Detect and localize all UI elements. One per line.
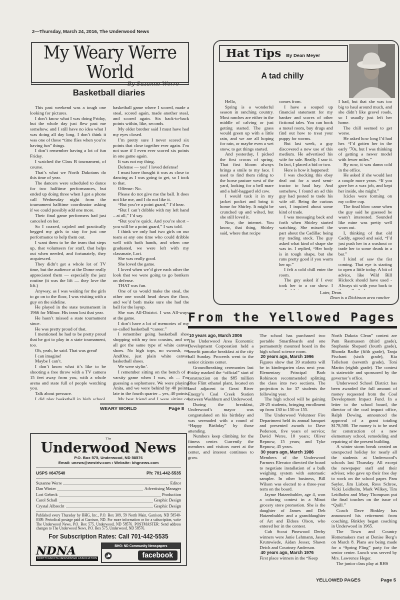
cowboy-hat-portrait bbox=[349, 44, 395, 98]
masthead-box: The Underwood News P.O. Box 575, Underwo… bbox=[30, 433, 187, 566]
weary-title-box: My Weary Werre World By Suzanne Werre bbox=[31, 42, 189, 85]
hat-tips-attribution: Dean is a Dickinson area rancher bbox=[315, 295, 390, 300]
yellowed-jump-label: YELLOWED PAGES bbox=[316, 578, 361, 584]
hat-tips-signature: Later, Dean. Dean is a Dickinson area ra… bbox=[315, 290, 390, 300]
yellowed-column-2: The school has purchased two portable Sm… bbox=[260, 333, 326, 572]
masthead-logos-row: NDNA NORTH DAKOTA NEWSPAPER ASSOCIATION … bbox=[36, 543, 181, 564]
yellowed-pages-banner: From the Yellowed Pages bbox=[188, 310, 397, 329]
hat-tips-headline: A tad chilly bbox=[220, 72, 345, 81]
page-header: 2—Thursday, March 24, 2016, The Underwoo… bbox=[32, 29, 149, 35]
yellowed-pages-columns: 10 years ago, March 2006The Underwood Ar… bbox=[188, 333, 397, 572]
weary-jumpline: WEARY WORLD Page 8 bbox=[100, 403, 184, 412]
hat-tips-column-1: Hello,Spring is a wonderful season in ra… bbox=[220, 99, 274, 290]
weary-headline: Basketball diaries bbox=[30, 88, 188, 98]
weary-title: My Weary Werre World bbox=[32, 43, 188, 82]
masthead-staff-list: Suzanne WerreEditor Dan WinterAdvertisin… bbox=[36, 478, 181, 509]
dotted-leader bbox=[59, 502, 153, 503]
facebook-logo: facebook bbox=[138, 551, 178, 561]
hat-tips-column-3: I had, but that she was too big to haul … bbox=[338, 99, 392, 290]
dotted-leader bbox=[59, 496, 161, 497]
weary-column-1: This past weekend was a tough one lookin… bbox=[30, 105, 106, 400]
ndna-wordmark: NDNA bbox=[36, 545, 98, 557]
yellowed-column-1: 10 years ago, March 2006The Underwood Ar… bbox=[188, 333, 254, 572]
dotted-leader bbox=[63, 485, 168, 486]
masthead-contact: Email: unews@westriv.com • Website: bhgn… bbox=[36, 461, 181, 466]
masthead-usps-phone-row: USPS #647540 Ph: 701-442-5535 bbox=[36, 468, 181, 476]
yellowed-jumpline: YELLOWED PAGES Page 5 bbox=[316, 578, 396, 584]
weary-jump-page: Page 8 bbox=[169, 406, 184, 412]
hat-tips-title: Hat Tips bbox=[226, 46, 281, 61]
yellowed-pages-section: From the Yellowed Pages 10 years ago, Ma… bbox=[188, 310, 397, 583]
weary-column-2: basketball game where I scored, made a s… bbox=[113, 105, 189, 400]
masthead-title: Underwood News bbox=[36, 441, 181, 456]
masthead-fine-print: Published every Thursday by BHG, Inc., P… bbox=[36, 512, 181, 532]
yellowed-jump-page: Page 5 bbox=[381, 578, 396, 584]
staff-row: Crystal AlbrechtGraphic Design bbox=[36, 503, 181, 509]
newspaper-page: 2—Thursday, March 24, 2016, The Underwoo… bbox=[0, 0, 400, 600]
ndna-logo: NDNA NORTH DAKOTA NEWSPAPER ASSOCIATION bbox=[36, 545, 98, 561]
hat-tips-box: Hat Tips By Dean Meyer A tad chilly Hell… bbox=[213, 40, 399, 305]
hat-tips-column-2: comes from.I have a souped up financial … bbox=[279, 99, 333, 290]
dotted-leader bbox=[57, 490, 142, 491]
subscription-rates-line: For Subscription Rates: Call 701-442-553… bbox=[36, 533, 181, 540]
hat-tips-columns: Hello,Spring is a wonderful season in ra… bbox=[220, 99, 392, 290]
columnist-photo bbox=[349, 44, 395, 98]
weary-jump-label: WEARY WORLD bbox=[100, 406, 137, 412]
ndna-caption: NORTH DAKOTA NEWSPAPER ASSOCIATION bbox=[36, 556, 98, 561]
hat-tips-byline: By Dean Meyer bbox=[286, 53, 320, 59]
facebook-row: facebook bbox=[102, 549, 180, 562]
yellowed-column-3: North Dakota Clean” contest are Pam Rasm… bbox=[331, 333, 397, 572]
masthead-usps: USPS #647540 bbox=[36, 471, 65, 476]
like-icon bbox=[105, 552, 113, 560]
hat-tips-header: Hat Tips By Dean Meyer bbox=[219, 45, 348, 62]
masthead-phone: Ph: 701-442-5535 bbox=[147, 471, 182, 476]
staff-role: Graphic Design bbox=[154, 503, 181, 509]
weary-columns: This past weekend was a tough one lookin… bbox=[30, 105, 189, 400]
dotted-leader bbox=[66, 508, 153, 509]
bhg-facebook-badge: BHG: ND Community Newspapers facebook bbox=[101, 543, 181, 564]
staff-name: Crystal Albrecht bbox=[36, 503, 64, 509]
